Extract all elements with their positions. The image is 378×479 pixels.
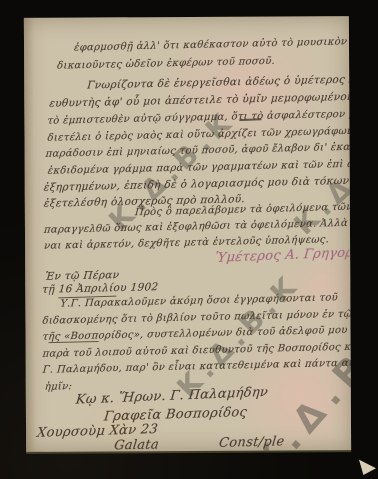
handwritten-line: τῆς «Βοσπορίδος», συστελλομένων διὰ τοῦ … (42, 324, 351, 343)
letter-page: Κ.Δ.Β.Κ Κ.Δ.Β.Κ Κ.Δ.Β.Κ Κ.Δ.Β.Κ ἐφαρμοσθ… (24, 16, 351, 452)
photograph-background: Κ.Δ.Β.Κ Κ.Δ.Β.Κ Κ.Δ.Β.Κ Κ.Δ.Β.Κ ἐφαρμοσθ… (0, 0, 378, 479)
handwritten-line: ευθυντὴς ἀφ' οὗ μοι ἀπέστειλε τὸ ὑμῖν με… (49, 91, 351, 110)
handwritten-line: Γνωρίζοντα δὲ ἐνεργεῖσθαι ἀδέως ὁ ὑμέτερ… (87, 73, 351, 91)
address-city: Galata (113, 437, 160, 451)
cursor-arrow-icon (359, 459, 376, 475)
handwritten-line: δικαιοῦντες ὠδεῖον ἐκφέρων τοῦ ποσοῦ. (57, 56, 276, 72)
place-line: Ἐν τῷ Πέραν (45, 269, 120, 283)
handwritten-line: ἐξηρτημένων, ἐπειδὴ δὲ ὁ λογαριασμός μου… (43, 175, 350, 194)
handwritten-line: διδασκομένης ὅτι τὸ βιβλίον τοῦτο πωλεῖτ… (42, 308, 351, 327)
address-city-abbrev: Const/ple (218, 434, 285, 451)
date-line: τῇ 16 Ἀπριλίου 1902 (42, 281, 159, 296)
handwritten-line: Υ.Γ. Παρακαλοῦμεν ἀκόμη ὅσοι ἐγγραφήσοντ… (60, 292, 339, 309)
address-line: Γραφεῖα Βοσπορίδος (103, 405, 248, 425)
handwritten-line: ἡμῖν: (44, 381, 72, 393)
handwritten-line: ἐφαρμοσθῇ ἀλλ' ὅτι καθέκαστον αὐτὸ τὸ μο… (74, 35, 352, 53)
underline-stroke (49, 341, 99, 343)
